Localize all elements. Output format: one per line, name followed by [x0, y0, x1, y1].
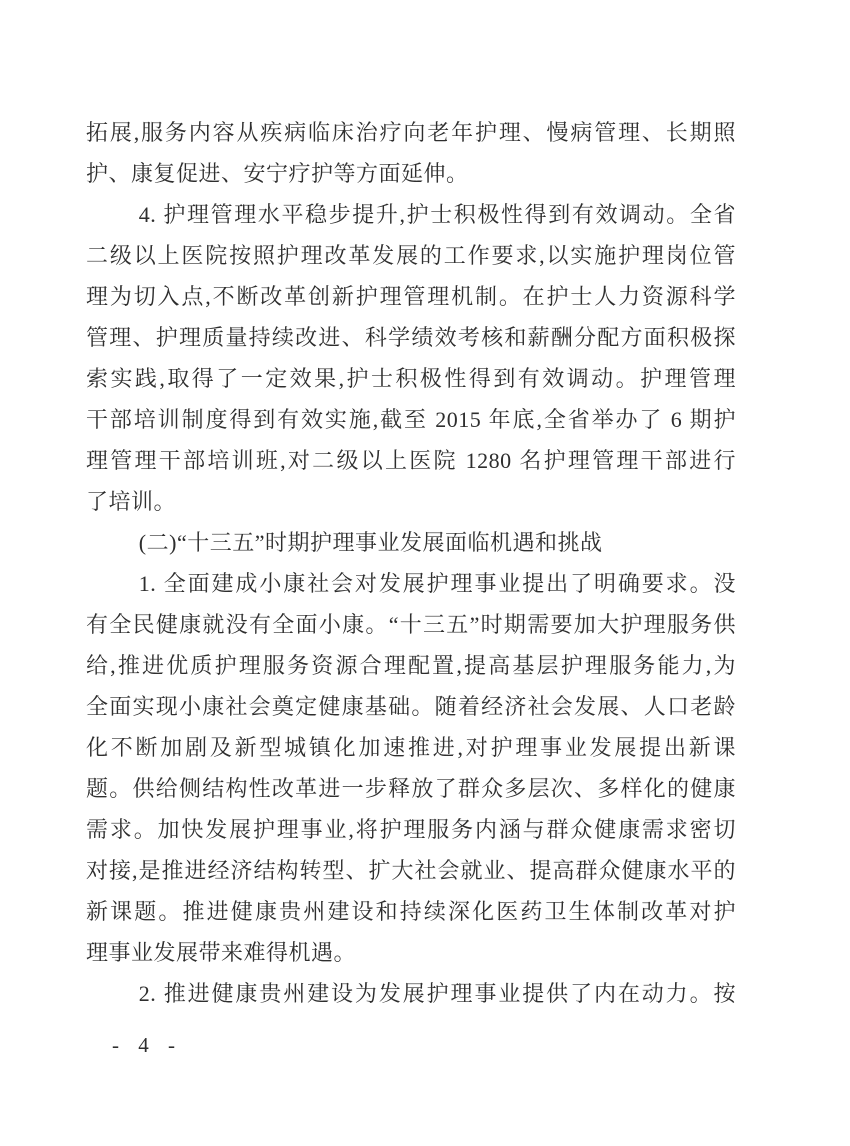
text-line: 理管理干部培训班,对二级以上医院 1280 名护理管理干部进行	[86, 440, 736, 481]
text-line: 理为切入点,不断改革创新护理管理机制。在护士人力资源科学	[86, 276, 736, 317]
text-line: 有全民健康就没有全面小康。“十三五”时期需要加大护理服务供	[86, 604, 736, 645]
paragraph: (二)“十三五”时期护理事业发展面临机遇和挑战	[86, 522, 736, 563]
text-line: 化不断加剧及新型城镇化加速推进,对护理事业发展提出新课	[86, 727, 736, 768]
paragraph: 拓展,服务内容从疾病临床治疗向老年护理、慢病管理、长期照护、康复促进、安宁疗护等…	[86, 112, 736, 194]
text-line: 了培训。	[86, 481, 736, 522]
text-line: 管理、护理质量持续改进、科学绩效考核和薪酬分配方面积极探	[86, 317, 736, 358]
text-line: 需求。加快发展护理事业,将护理服务内涵与群众健康需求密切	[86, 809, 736, 850]
text-line: 全面实现小康社会奠定健康基础。随着经济社会发展、人口老龄	[86, 686, 736, 727]
paragraph: 2. 推进健康贵州建设为发展护理事业提供了内在动力。按	[86, 973, 736, 1014]
text-line: 索实践,取得了一定效果,护士积极性得到有效调动。护理管理	[86, 358, 736, 399]
text-line: 护、康复促进、安宁疗护等方面延伸。	[86, 153, 736, 194]
text-line: 1. 全面建成小康社会对发展护理事业提出了明确要求。没	[86, 563, 736, 604]
text-line: 给,推进优质护理服务资源合理配置,提高基层护理服务能力,为	[86, 645, 736, 686]
text-line: (二)“十三五”时期护理事业发展面临机遇和挑战	[86, 522, 736, 563]
text-line: 理事业发展带来难得机遇。	[86, 932, 736, 973]
text-line: 干部培训制度得到有效实施,截至 2015 年底,全省举办了 6 期护	[86, 399, 736, 440]
text-line: 二级以上医院按照护理改革发展的工作要求,以实施护理岗位管	[86, 235, 736, 276]
document-page: 拓展,服务内容从疾病临床治疗向老年护理、慢病管理、长期照护、康复促进、安宁疗护等…	[0, 0, 850, 1146]
document-body: 拓展,服务内容从疾病临床治疗向老年护理、慢病管理、长期照护、康复促进、安宁疗护等…	[86, 112, 736, 1014]
text-line: 题。供给侧结构性改革进一步释放了群众多层次、多样化的健康	[86, 768, 736, 809]
text-line: 对接,是推进经济结构转型、扩大社会就业、提高群众健康水平的	[86, 850, 736, 891]
text-line: 2. 推进健康贵州建设为发展护理事业提供了内在动力。按	[86, 973, 736, 1014]
page-number: - 4 -	[112, 1033, 182, 1058]
text-line: 新课题。推进健康贵州建设和持续深化医药卫生体制改革对护	[86, 891, 736, 932]
paragraph: 4. 护理管理水平稳步提升,护士积极性得到有效调动。全省二级以上医院按照护理改革…	[86, 194, 736, 522]
text-line: 拓展,服务内容从疾病临床治疗向老年护理、慢病管理、长期照	[86, 112, 736, 153]
text-line: 4. 护理管理水平稳步提升,护士积极性得到有效调动。全省	[86, 194, 736, 235]
paragraph: 1. 全面建成小康社会对发展护理事业提出了明确要求。没有全民健康就没有全面小康。…	[86, 563, 736, 973]
